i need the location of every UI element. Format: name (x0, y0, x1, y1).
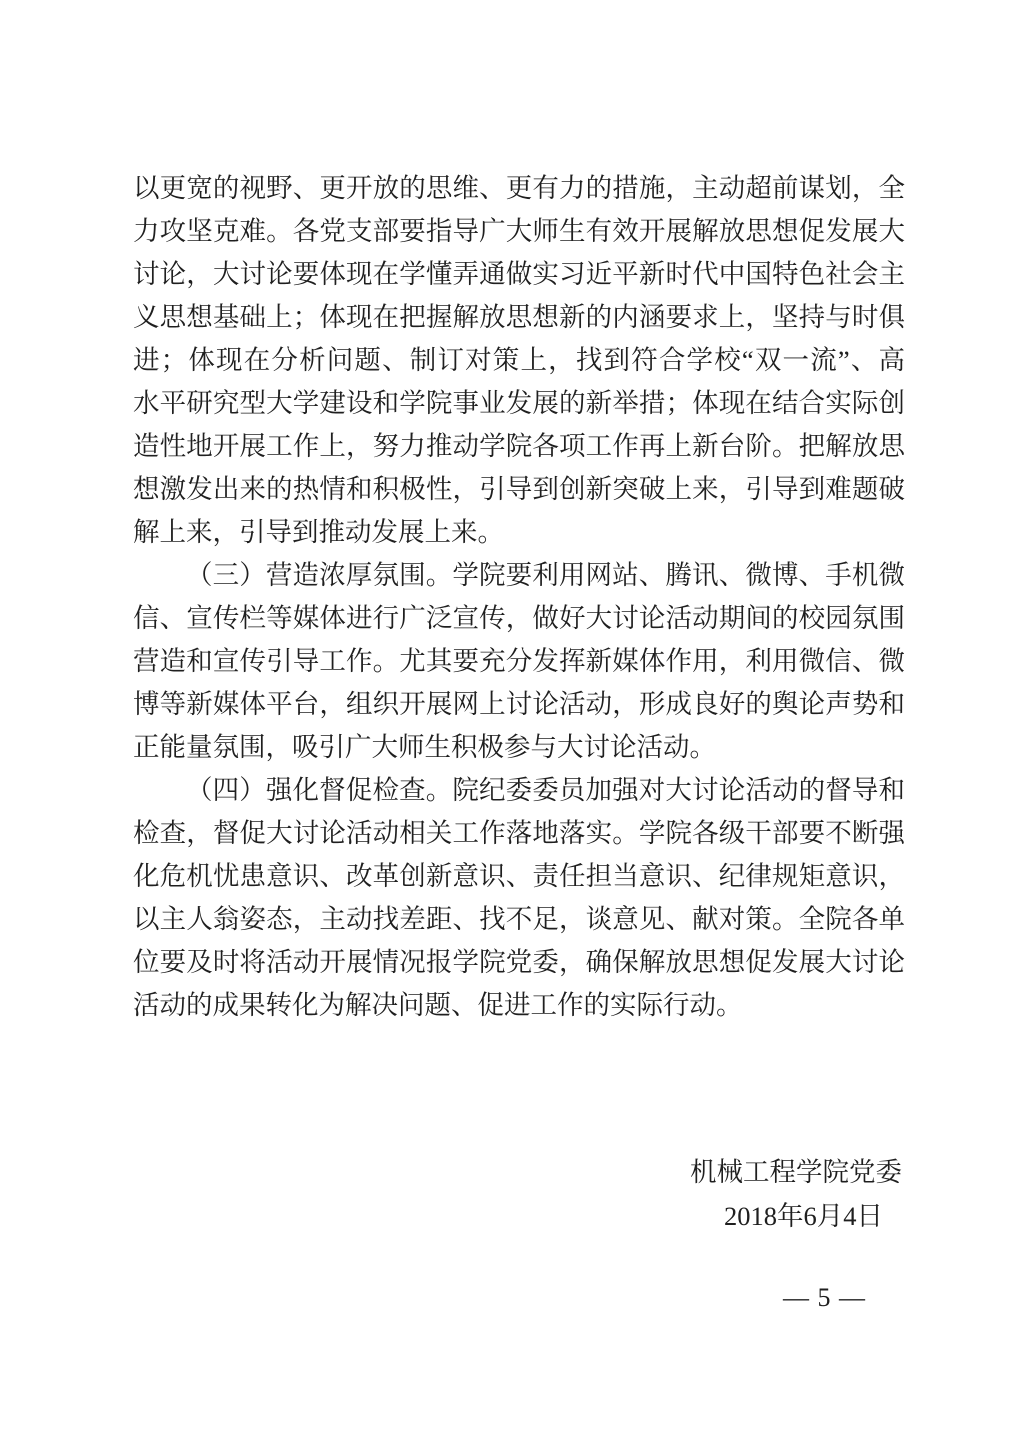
document-page: 以更宽的视野、更开放的思维、更有力的措施，主动超前谋划，全 力攻坚克难。各党支部… (0, 0, 1024, 1448)
body-line: 力攻坚克难。各党支部要指导广大师生有效开展解放思想促发展大 (133, 210, 905, 253)
body-line: （四）强化督促检查。院纪委委员加强对大讨论活动的督导和 (133, 769, 905, 812)
signature-date: 2018年6月4日 (0, 1194, 902, 1238)
body-line: 水平研究型大学建设和学院事业发展的新举措；体现在结合实际创 (133, 382, 905, 425)
body-line: 营造和宣传引导工作。尤其要充分发挥新媒体作用，利用微信、微 (133, 640, 905, 683)
body-line: 讨论，大讨论要体现在学懂弄通做实习近平新时代中国特色社会主 (133, 253, 905, 296)
body-line: 造性地开展工作上，努力推动学院各项工作再上新台阶。把解放思 (133, 425, 905, 468)
body-line: 检查，督促大讨论活动相关工作落地落实。学院各级干部要不断强 (133, 812, 905, 855)
body-line: 解上来，引导到推动发展上来。 (133, 511, 905, 554)
signature-organization: 机械工程学院党委 (0, 1150, 902, 1194)
body-line: 进；体现在分析问题、制订对策上，找到符合学校“双一流”、高 (133, 339, 905, 382)
document-body: 以更宽的视野、更开放的思维、更有力的措施，主动超前谋划，全 力攻坚克难。各党支部… (133, 167, 905, 1027)
body-line: 活动的成果转化为解决问题、促进工作的实际行动。 (133, 984, 905, 1027)
body-line: 正能量氛围，吸引广大师生积极参与大讨论活动。 (133, 726, 905, 769)
body-line: 信、宣传栏等媒体进行广泛宣传，做好大讨论活动期间的校园氛围 (133, 597, 905, 640)
page-number: — 5 — (0, 1283, 866, 1313)
body-line: 位要及时将活动开展情况报学院党委，确保解放思想促发展大讨论 (133, 941, 905, 984)
body-line: 义思想基础上；体现在把握解放思想新的内涵要求上，坚持与时俱 (133, 296, 905, 339)
body-line: 想激发出来的热情和积极性，引导到创新突破上来，引导到难题破 (133, 468, 905, 511)
body-line: 化危机忧患意识、改革创新意识、责任担当意识、纪律规矩意识， (133, 855, 905, 898)
signature-block: 机械工程学院党委 2018年6月4日 (0, 1150, 902, 1238)
body-line: 博等新媒体平台，组织开展网上讨论活动，形成良好的舆论声势和 (133, 683, 905, 726)
body-line: 以主人翁姿态，主动找差距、找不足，谈意见、献对策。全院各单 (133, 898, 905, 941)
body-line: （三）营造浓厚氛围。学院要利用网站、腾讯、微博、手机微 (133, 554, 905, 597)
body-line: 以更宽的视野、更开放的思维、更有力的措施，主动超前谋划，全 (133, 167, 905, 210)
